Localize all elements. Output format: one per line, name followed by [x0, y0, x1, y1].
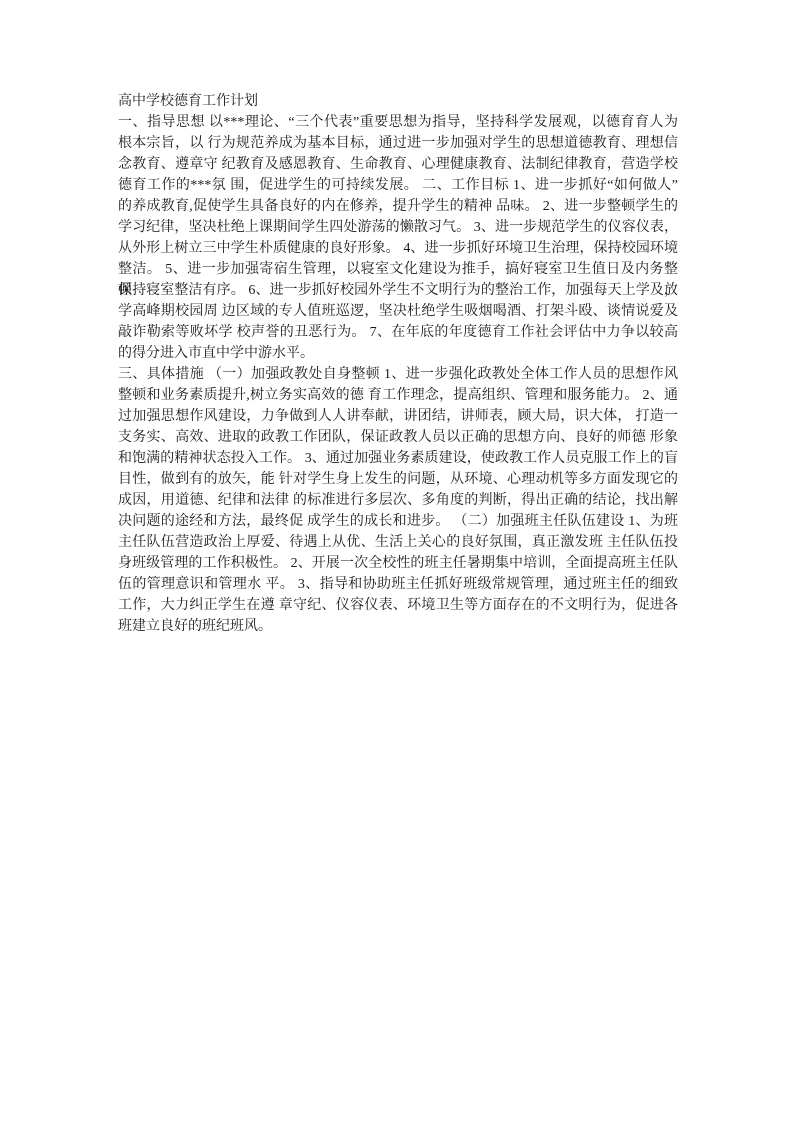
text-line: 支务实、高效、进取的政教工作团队，保证政教人员以正确的思想方向、良好的师德 形象	[118, 427, 678, 448]
text-line: 的养成教育,促使学生具备良好的内在修养，提升学生的精神 品味。 2、进一步整顿学…	[118, 196, 678, 217]
text-line: 决问题的途经和方法，最终促 成学生的成长和进步。 （二）加强班主任队伍建设 1、…	[118, 511, 678, 532]
text-line: 一、指导思想 以***理论、“三个代表”重要思想为指导，坚持科学发展观，以德育育…	[118, 112, 678, 133]
text-line: 主任队伍营造政治上厚爱、待遇上从优、生活上关心的良好氛围，真正激发班 主任队伍投	[118, 532, 678, 553]
document-title: 高中学校德育工作计划	[118, 91, 678, 112]
text-line: 整顿和业务素质提升,树立务实高效的德 育工作理念，提高组织、管理和服务能力。 2…	[118, 385, 678, 406]
text-line: 过加强思想作风建设，力争做到人人讲奉献，讲团结，讲师表，顾大局，识大体， 打造一	[118, 406, 678, 427]
text-line: 伍的管理意识和管理水 平。 3、指导和协助班主任抓好班级常规管理，通过班主任的细…	[118, 574, 678, 595]
text-line: 念教育、遵章守 纪教育及感恩教育、生命教育、心理健康教育、法制纪律教育，营造学校	[118, 154, 678, 175]
text-line: 班建立良好的班纪班风。	[118, 616, 678, 637]
text-line: 学习纪律，坚决杜绝上课期间学生四处游荡的懒散习气。 3、进一步规范学生的仪容仪表…	[118, 217, 678, 238]
text-line: 敲诈勒索等败坏学 校声誉的丑恶行为。 7、在年底的年度德育工作社会评估中力争以较…	[118, 322, 678, 343]
text-line: 和饱满的精神状态投入工作。 3、通过加强业务素质建设，使政教工作人员克服工作上的…	[118, 448, 678, 469]
text-line: 德育工作的***氛 围，促进学生的可持续发展。 二、工作目标 1、进一步抓好“如…	[118, 175, 678, 196]
paragraph-concrete-measures: 三、具体措施 （一）加强政教处自身整顿 1、进一步强化政教处全体工作人员的思想作…	[118, 364, 678, 637]
text-line: 学高峰期校园周 边区域的专人值班巡逻，坚决杜绝学生吸烟喝酒、打架斗殴、谈情说爱及	[118, 301, 678, 322]
document-text-block: 高中学校德育工作计划 一、指导思想 以***理论、“三个代表”重要思想为指导，坚…	[118, 91, 678, 637]
text-line: 成因，用道德、纪律和法律 的标准进行多层次、多角度的判断，得出正确的结论，找出解	[118, 490, 678, 511]
text-line: 目性，做到有的放矢，能 针对学生身上发生的问题，从环境、心理动机等多方面发现它的	[118, 469, 678, 490]
text-line: 整洁。 5、进一步加强寄宿生管理，以寝室文化建设为推手，搞好寝室卫生值日及内务整…	[118, 259, 678, 280]
text-line: 从外形上树立三中学生朴质健康的良好形象。 4、进一步抓好环境卫生治理，保持校园环…	[118, 238, 678, 259]
text-line: 根本宗旨，以 行为规范养成为基本目标，通过进一步加强对学生的思想道德教育、理想信	[118, 133, 678, 154]
text-line: 工作，大力纠正学生在遵 章守纪、仪容仪表、环境卫生等方面存在的不文明行为，促进各	[118, 595, 678, 616]
text-line: 身班级管理的工作积极性。 2、开展一次全校性的班主任暑期集中培训，全面提高班主任…	[118, 553, 678, 574]
paragraph-guiding-ideology-and-goals: 一、指导思想 以***理论、“三个代表”重要思想为指导，坚持科学发展观，以德育育…	[118, 112, 678, 364]
document-page: 高中学校德育工作计划 一、指导思想 以***理论、“三个代表”重要思想为指导，坚…	[0, 0, 793, 1122]
text-line: 三、具体措施 （一）加强政教处自身整顿 1、进一步强化政教处全体工作人员的思想作…	[118, 364, 678, 385]
text-line: 的得分进入市直中学中游水平。	[118, 343, 678, 364]
text-line: 保持寝室整洁有序。 6、进一步抓好校园外学生不文明行为的整治工作，加强每天上学及…	[118, 280, 678, 301]
